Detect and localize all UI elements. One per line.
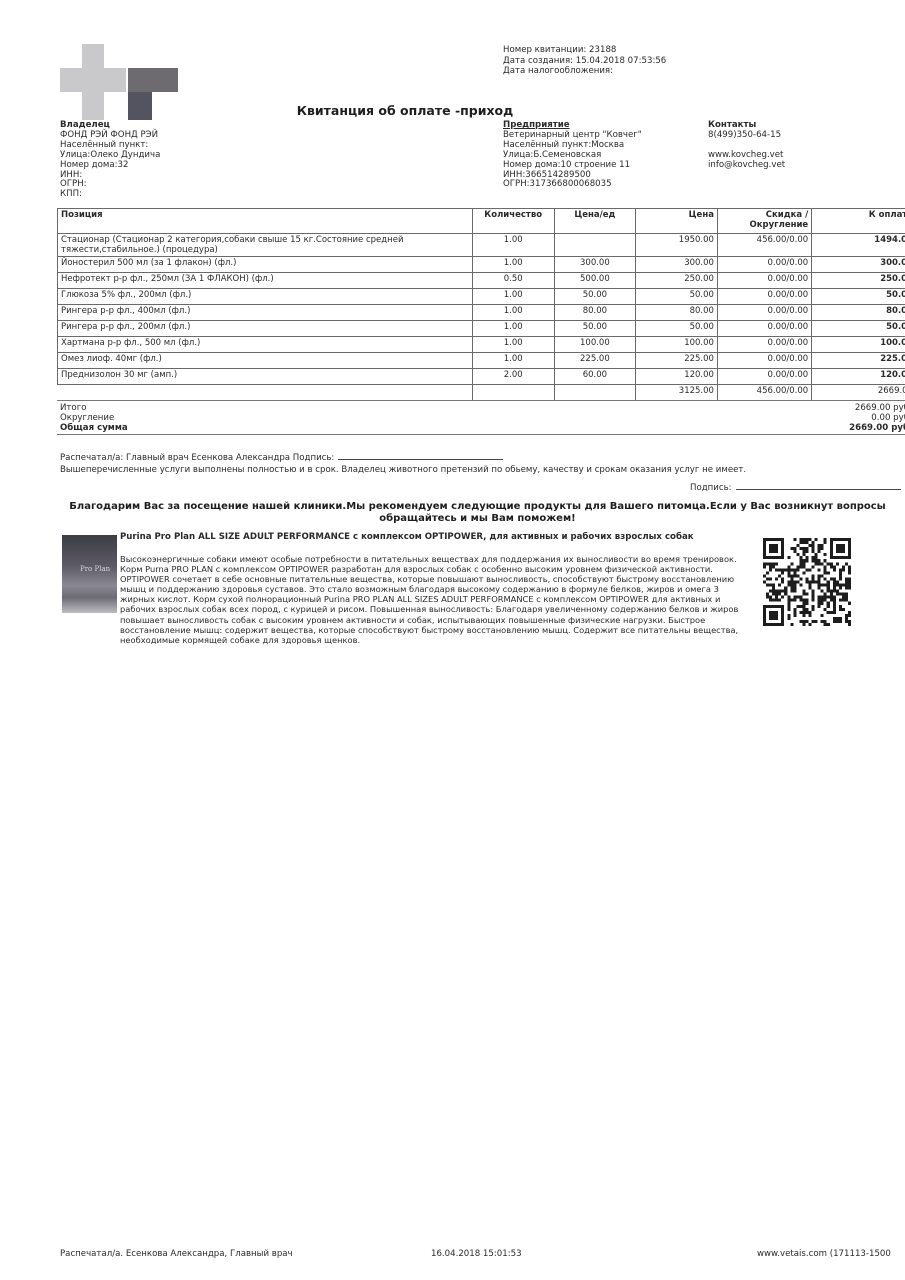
printed-by-line: Распечатал/а: Главный врач Есенкова Алек… xyxy=(60,451,503,463)
row-unit-price: 60.00 xyxy=(554,369,636,385)
receipt-number: Номер квитанции: 23188 xyxy=(503,45,666,56)
row-position: Рингера р-р фл., 400мл (фл.) xyxy=(58,305,473,321)
row-to-pay: 50.00 xyxy=(812,289,905,305)
row-price: 80.00 xyxy=(636,305,718,321)
row-price: 100.00 xyxy=(636,337,718,353)
row-quantity: 1.00 xyxy=(472,257,554,273)
contact-phone: 8(499)350-64-15 xyxy=(708,131,785,141)
row-unit-price: 300.00 xyxy=(554,257,636,273)
row-to-pay: 225.00 xyxy=(812,353,905,369)
header-price: Цена xyxy=(636,209,718,234)
printed-by-text: Распечатал/а: Главный врач Есенкова Алек… xyxy=(60,453,334,463)
table-row: Хартмана р-р фл., 500 мл (фл.)1.00100.00… xyxy=(58,337,905,353)
row-unit-price xyxy=(554,234,636,257)
row-discount: 0.00/0.00 xyxy=(717,369,811,385)
row-quantity: 1.00 xyxy=(472,337,554,353)
row-to-pay: 100.00 xyxy=(812,337,905,353)
row-discount: 0.00/0.00 xyxy=(717,273,811,289)
row-to-pay: 250.00 xyxy=(812,273,905,289)
page-title: Квитанция об оплате -приход xyxy=(0,103,810,118)
row-price: 50.00 xyxy=(636,289,718,305)
signature-line xyxy=(736,481,901,490)
row-position: Преднизолон 30 мг (амп.) xyxy=(58,369,473,385)
contact-email: info@kovcheg.vet xyxy=(708,161,785,171)
row-quantity: 0.50 xyxy=(472,273,554,289)
summary-subtotal: Итого 2669.00 руб xyxy=(57,403,905,413)
row-position: Рингера р-р фл., 200мл (фл.) xyxy=(58,321,473,337)
row-price: 120.00 xyxy=(636,369,718,385)
grand-total-value: 2669.00 руб xyxy=(849,423,905,433)
row-to-pay: 1494.00 xyxy=(812,234,905,257)
header-unit-price: Цена/ед xyxy=(554,209,636,234)
row-unit-price: 100.00 xyxy=(554,337,636,353)
row-discount: 0.00/0.00 xyxy=(717,337,811,353)
total-to-pay: 2669.00 xyxy=(812,385,905,401)
row-discount: 0.00/0.00 xyxy=(717,257,811,273)
receipt-tax-date: Дата налогообложения: xyxy=(503,66,666,77)
row-discount: 0.00/0.00 xyxy=(717,321,811,337)
table-row: Стационар (Стационар 2 категория,собаки … xyxy=(58,234,905,257)
table-row: Преднизолон 30 мг (амп.)2.0060.00120.000… xyxy=(58,369,905,385)
table-row: Рингера р-р фл., 400мл (фл.)1.0080.0080.… xyxy=(58,305,905,321)
subtotal-label: Итого xyxy=(57,403,86,413)
row-unit-price: 80.00 xyxy=(554,305,636,321)
row-to-pay: 300.00 xyxy=(812,257,905,273)
row-price: 250.00 xyxy=(636,273,718,289)
owner-signature: Подпись: xyxy=(690,481,901,493)
table-row: Нефротект р-р фл., 250мл (ЗА 1 ФЛАКОН) (… xyxy=(58,273,905,289)
table-totals-row: 3125.00 456.00/0.00 2669.00 xyxy=(58,385,905,401)
receipt-meta: Номер квитанции: 23188 Дата создания: 15… xyxy=(503,45,666,77)
row-quantity: 2.00 xyxy=(472,369,554,385)
row-unit-price: 50.00 xyxy=(554,289,636,305)
total-discount: 456.00/0.00 xyxy=(717,385,811,401)
header-position: Позиция xyxy=(58,209,473,234)
header-quantity: Количество xyxy=(472,209,554,234)
product-description: Высокоэнергичные собаки имеют особые пот… xyxy=(120,554,750,645)
product-image: Pro Plan xyxy=(62,535,117,613)
row-price: 50.00 xyxy=(636,321,718,337)
company-block: Предприятие Ветеринарный центр "Ковчег" … xyxy=(503,121,642,190)
header-to-pay: К оплате xyxy=(812,209,905,234)
signature-label: Подпись: xyxy=(690,483,732,493)
table-row: Рингера р-р фл., 200мл (фл.)1.0050.0050.… xyxy=(58,321,905,337)
row-discount: 0.00/0.00 xyxy=(717,305,811,321)
row-quantity: 1.00 xyxy=(472,289,554,305)
row-position: Хартмана р-р фл., 500 мл (фл.) xyxy=(58,337,473,353)
product-image-label: Pro Plan xyxy=(80,565,110,573)
items-table: Позиция Количество Цена/ед Цена Скидка /… xyxy=(57,208,905,401)
signature-line xyxy=(338,451,503,460)
rounding-value: 0.00 руб xyxy=(871,413,905,423)
row-quantity: 1.00 xyxy=(472,321,554,337)
subtotal-value: 2669.00 руб xyxy=(855,403,905,413)
row-price: 1950.00 xyxy=(636,234,718,257)
contacts-block: Контакты 8(499)350-64-15 www.kovcheg.vet… xyxy=(708,121,785,171)
footer-printed-by: Распечатал/а. Есенкова Александра, Главн… xyxy=(60,1249,293,1259)
table-row: Глюкоза 5% фл., 200мл (фл.)1.0050.0050.0… xyxy=(58,289,905,305)
owner-block: Владелец ФОНД РЭЙ ФОНД РЭЙ Населённый пу… xyxy=(60,121,160,200)
receipt-created-date: Дата создания: 15.04.2018 07:53:56 xyxy=(503,56,666,67)
summary-block: Итого 2669.00 руб Округление 0.00 руб Об… xyxy=(57,400,905,435)
row-discount: 0.00/0.00 xyxy=(717,353,811,369)
row-position: Омез лиоф. 40мг (фл.) xyxy=(58,353,473,369)
thanks-message: Благодарим Вас за посещение нашей клиник… xyxy=(60,501,895,525)
product-title: Purina Pro Plan ALL SIZE ADULT PERFORMAN… xyxy=(120,532,710,542)
row-position: Глюкоза 5% фл., 200мл (фл.) xyxy=(58,289,473,305)
table-header-row: Позиция Количество Цена/ед Цена Скидка /… xyxy=(58,209,905,234)
qr-code-icon xyxy=(763,538,851,626)
row-unit-price: 50.00 xyxy=(554,321,636,337)
row-unit-price: 500.00 xyxy=(554,273,636,289)
row-quantity: 1.00 xyxy=(472,234,554,257)
row-discount: 456.00/0.00 xyxy=(717,234,811,257)
services-statement: Вышеперечисленные услуги выполнены полно… xyxy=(60,465,746,475)
rounding-label: Округление xyxy=(57,413,114,423)
footer-printed-at: 16.04.2018 15:01:53 xyxy=(431,1249,522,1259)
footer-software: www.vetais.com (171113-1500 xyxy=(757,1249,891,1259)
row-price: 225.00 xyxy=(636,353,718,369)
total-price: 3125.00 xyxy=(636,385,718,401)
row-unit-price: 225.00 xyxy=(554,353,636,369)
owner-line: КПП: xyxy=(60,190,160,200)
row-position: Стационар (Стационар 2 категория,собаки … xyxy=(58,234,473,257)
row-to-pay: 80.00 xyxy=(812,305,905,321)
summary-rounding: Округление 0.00 руб xyxy=(57,413,905,423)
row-position: Йоностерил 500 мл (за 1 флакон) (фл.) xyxy=(58,257,473,273)
header-discount: Скидка / Округление xyxy=(717,209,811,234)
company-line: ОГРН:317366800068035 xyxy=(503,180,642,190)
row-quantity: 1.00 xyxy=(472,353,554,369)
row-position: Нефротект р-р фл., 250мл (ЗА 1 ФЛАКОН) (… xyxy=(58,273,473,289)
grand-total-label: Общая сумма xyxy=(57,423,128,433)
row-to-pay: 120.00 xyxy=(812,369,905,385)
row-discount: 0.00/0.00 xyxy=(717,289,811,305)
summary-grand-total: Общая сумма 2669.00 руб xyxy=(57,423,905,433)
table-row: Йоностерил 500 мл (за 1 флакон) (фл.)1.0… xyxy=(58,257,905,273)
row-quantity: 1.00 xyxy=(472,305,554,321)
row-to-pay: 50.00 xyxy=(812,321,905,337)
row-price: 300.00 xyxy=(636,257,718,273)
table-row: Омез лиоф. 40мг (фл.)1.00225.00225.000.0… xyxy=(58,353,905,369)
